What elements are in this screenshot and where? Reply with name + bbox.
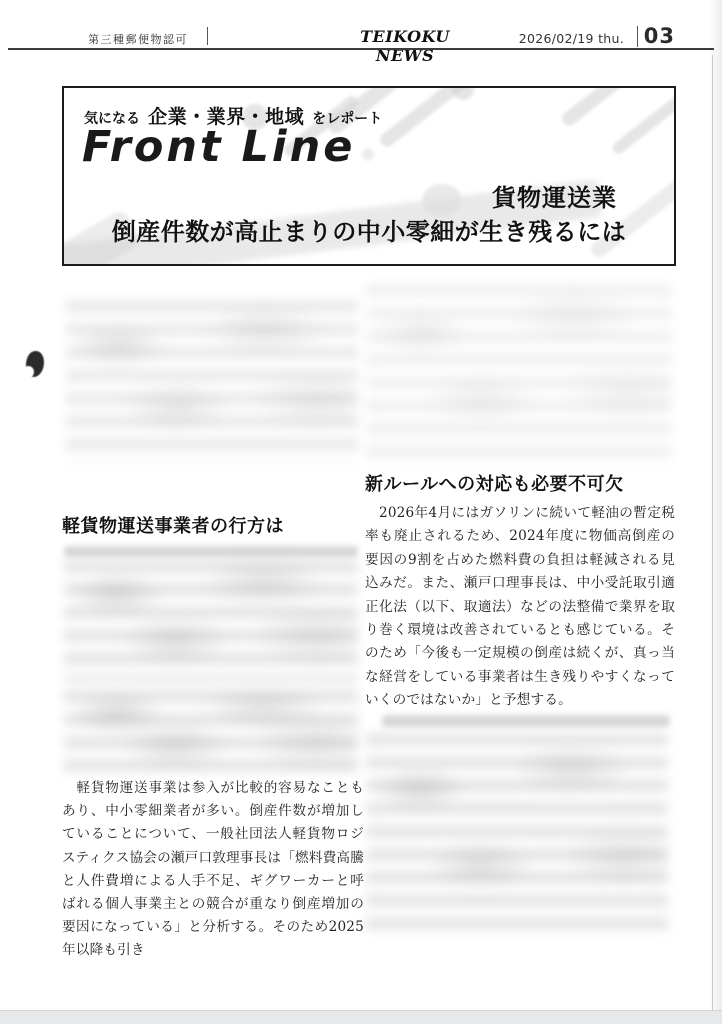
- decor-dot: [452, 86, 474, 100]
- article-category: 貨物運送業: [492, 178, 617, 213]
- mail-permit-label: 第三種郵便物認可: [88, 31, 188, 47]
- scan-edge: [708, 0, 722, 1024]
- blurred-text-block: [64, 690, 358, 774]
- front-line-logo: Front Line: [82, 122, 355, 172]
- blurred-text-line: [64, 546, 358, 557]
- left-column-paragraph: 軽貨物運送事業は参入が比較的容易なこともあり、中小零細業者が多い。倒産件数が増加…: [62, 777, 364, 963]
- blurred-text-block: [66, 300, 358, 462]
- decor-dot: [362, 148, 374, 160]
- article-headline: 倒産件数が高止まりの中小零細が生き残るには: [64, 212, 674, 247]
- blurred-text-block: [366, 733, 668, 933]
- header-divider: [207, 27, 208, 45]
- scan-edge-line: [712, 55, 713, 1015]
- issue-date: 2026/02/19 thu.: [519, 31, 624, 46]
- scanned-newspaper-page: 第三種郵便物認可 TEIKOKU NEWS 2026/02/19 thu. 03…: [0, 0, 722, 1024]
- publication-brand: TEIKOKU NEWS: [330, 27, 480, 65]
- left-section-heading: 軽貨物運送事業者の行方は: [62, 512, 284, 538]
- decor-streak: [610, 88, 676, 156]
- page-number: 03: [644, 24, 675, 48]
- ink-blot: [26, 351, 44, 377]
- masthead-box: 気になる 企業・業界・地域 をレポート Front Line 貨物運送業 倒産件…: [62, 86, 676, 266]
- blurred-text-block: [64, 560, 358, 682]
- page-header: 第三種郵便物認可 TEIKOKU NEWS 2026/02/19 thu. 03: [0, 24, 722, 50]
- blurred-text-block: [366, 284, 672, 460]
- header-rule: [8, 48, 714, 50]
- scan-bottom-strip: [0, 1010, 722, 1024]
- right-column-paragraph: 2026年4月にはガソリンに続いて軽油の暫定税率も廃止されるため、2024年度に…: [365, 502, 675, 713]
- header-divider: [637, 26, 638, 47]
- blurred-text-line: [382, 715, 670, 727]
- right-section-heading: 新ルールへの対応も必要不可欠: [365, 470, 624, 496]
